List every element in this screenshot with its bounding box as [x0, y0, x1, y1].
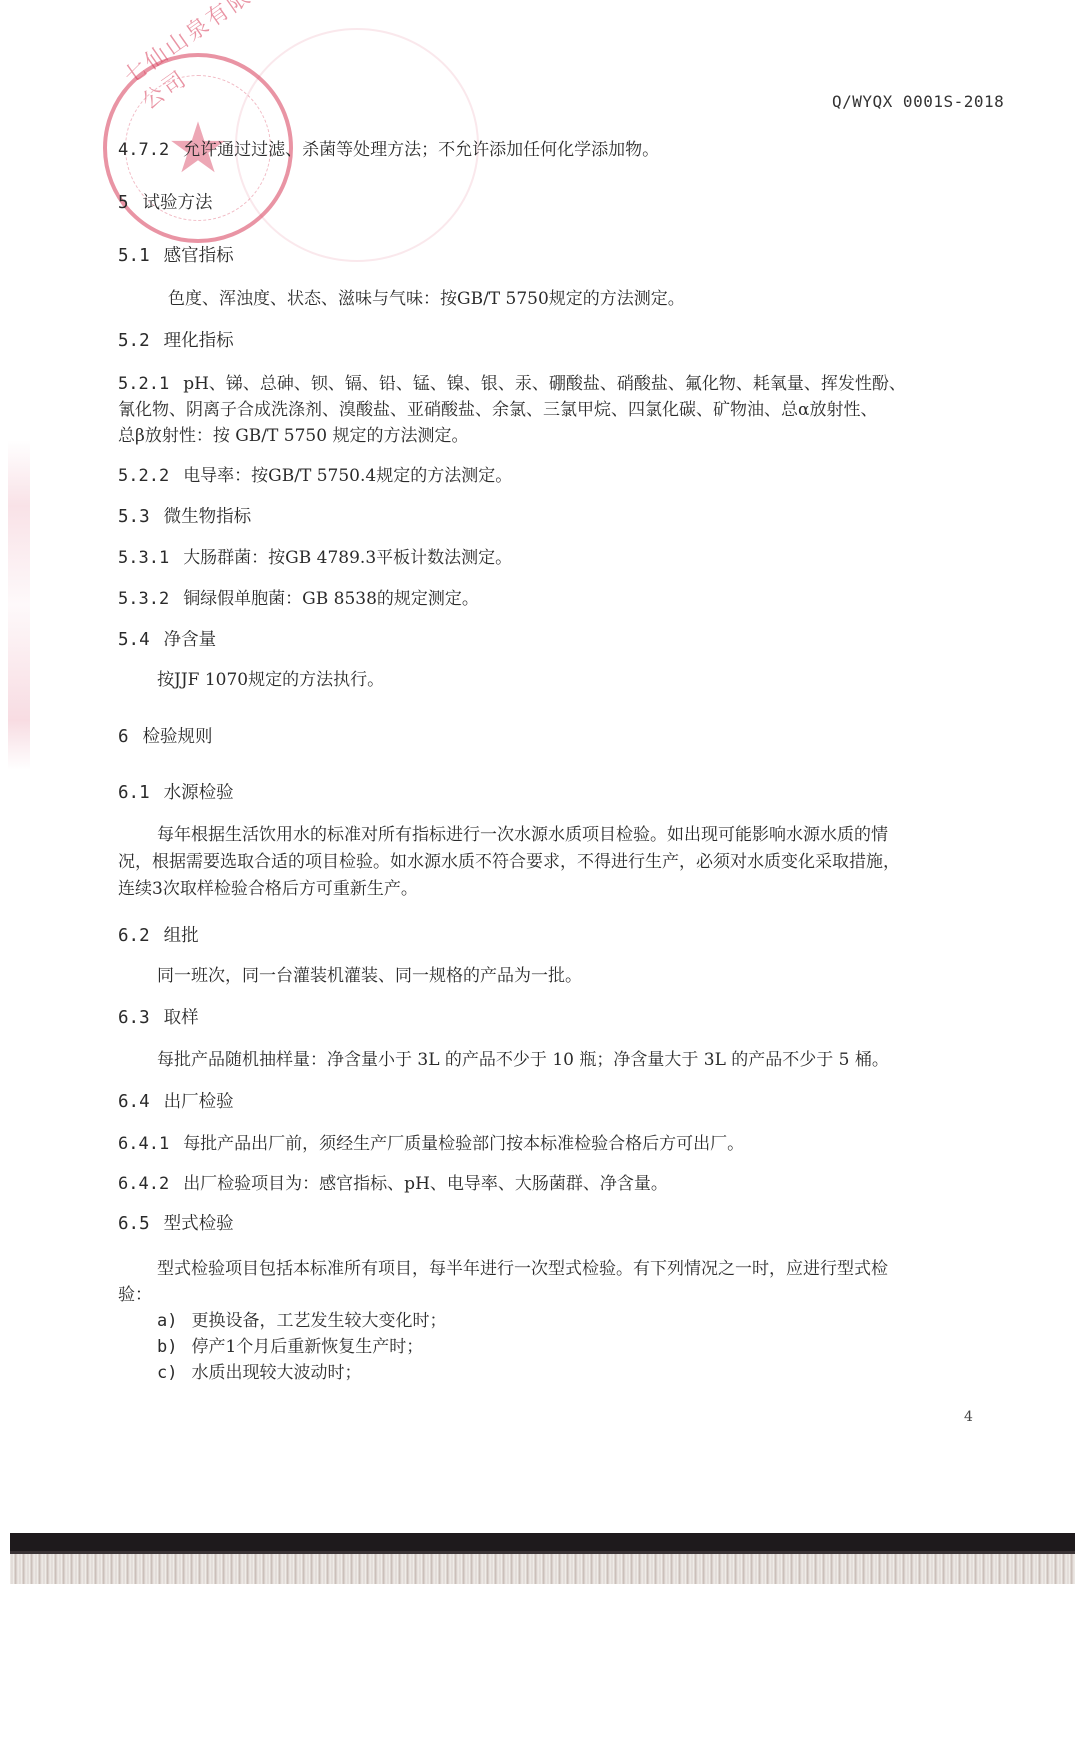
list-item-a: a)更换设备，工艺发生较大变化时； — [157, 1308, 446, 1334]
clause-number: 4.7.2 — [118, 140, 169, 160]
section-title: 型式检验 — [164, 1214, 234, 1234]
clause-number: 5.3.1 — [118, 548, 169, 568]
clause-text: 每批产品出厂前，须经生产厂质量检验部门按本标准检验合格后方可出厂。 — [183, 1134, 744, 1154]
seal-text: 七仙山泉有限公司 — [117, 0, 293, 116]
section-5-1-body: 色度、浑浊度、状态、滋味与气味：按GB/T 5750规定的方法测定。 — [168, 286, 685, 312]
clause-number: 6.4.1 — [118, 1134, 169, 1154]
section-6-5-body-line-1: 型式检验项目包括本标准所有项目，每半年进行一次型式检验。有下列情况之一时，应进行… — [157, 1256, 888, 1282]
section-title: 净含量 — [164, 630, 217, 650]
section-title: 试验方法 — [143, 193, 213, 213]
section-5-heading: 5试验方法 — [118, 190, 213, 216]
section-5-3-heading: 5.3微生物指标 — [118, 504, 251, 530]
section-5-4-body: 按JJF 1070规定的方法执行。 — [157, 667, 384, 693]
clause-text: 出厂检验项目为：感官指标、pH、电导率、大肠菌群、净含量。 — [183, 1174, 668, 1194]
clause-text: 允许通过过滤、杀菌等处理方法；不允许添加任何化学添加物。 — [183, 140, 659, 160]
edge-stamp-marks — [8, 440, 30, 770]
clause-5-3-2: 5.3.2铜绿假单胞菌：GB 8538的规定测定。 — [118, 586, 479, 612]
section-number: 6.2 — [118, 926, 150, 946]
section-6-heading: 6检验规则 — [118, 724, 213, 750]
list-marker: b) — [157, 1337, 177, 1357]
section-title: 水源检验 — [164, 783, 234, 803]
section-6-5-body-line-2: 验： — [118, 1282, 152, 1308]
clause-5-2-1-line-1: 5.2.1pH、锑、总砷、钡、镉、铅、锰、镍、银、汞、硼酸盐、硝酸盐、氟化物、耗… — [118, 371, 906, 397]
clause-number: 5.2.2 — [118, 466, 169, 486]
section-5-1-heading: 5.1感官指标 — [118, 243, 234, 269]
section-title: 组批 — [164, 926, 199, 946]
section-6-1-body-line-1: 每年根据生活饮用水的标准对所有指标进行一次水源水质项目检验。如出现可能影响水源水… — [157, 822, 888, 848]
section-6-2-body: 同一班次，同一台灌装机灌装、同一规格的产品为一批。 — [157, 963, 582, 989]
section-number: 5.3 — [118, 507, 150, 527]
section-title: 感官指标 — [164, 246, 234, 266]
section-5-2-heading: 5.2理化指标 — [118, 328, 234, 354]
section-6-1-heading: 6.1水源检验 — [118, 780, 234, 806]
section-number: 6.3 — [118, 1008, 150, 1028]
clause-number: 5.2.1 — [118, 374, 169, 394]
section-number: 5.1 — [118, 246, 150, 266]
section-number: 5.2 — [118, 331, 150, 351]
list-item-b: b)停产1个月后重新恢复生产时； — [157, 1334, 423, 1360]
standard-code: Q/WYQX 0001S-2018 — [832, 92, 1004, 111]
section-6-3-body: 每批产品随机抽样量：净含量小于 3L 的产品不少于 10 瓶；净含量大于 3L … — [157, 1047, 889, 1073]
clause-text: 铜绿假单胞菌：GB 8538的规定测定。 — [183, 589, 479, 609]
document-page: ★ 七仙山泉有限公司 Q/WYQX 0001S-2018 4.7.2允许通过过滤… — [0, 0, 1079, 1756]
list-item-text: 停产1个月后重新恢复生产时； — [191, 1337, 423, 1357]
section-title: 出厂检验 — [164, 1092, 234, 1112]
section-title: 理化指标 — [164, 331, 234, 351]
section-6-5-heading: 6.5型式检验 — [118, 1211, 234, 1237]
list-marker: a) — [157, 1311, 177, 1331]
section-6-1-body-line-2: 况，根据需要选取合适的项目检验。如水源水质不符合要求，不得进行生产，必须对水质变… — [118, 849, 900, 875]
clause-text: pH、锑、总砷、钡、镉、铅、锰、镍、银、汞、硼酸盐、硝酸盐、氟化物、耗氧量、挥发… — [183, 374, 906, 394]
section-title: 取样 — [164, 1008, 199, 1028]
scanner-edge-bar — [10, 1533, 1075, 1554]
clause-4-7-2: 4.7.2允许通过过滤、杀菌等处理方法；不允许添加任何化学添加物。 — [118, 137, 659, 163]
section-title: 检验规则 — [143, 727, 213, 747]
clause-5-3-1: 5.3.1大肠群菌：按GB 4789.3平板计数法测定。 — [118, 545, 512, 571]
section-number: 6 — [118, 727, 129, 747]
section-number: 6.5 — [118, 1214, 150, 1234]
section-5-4-heading: 5.4净含量 — [118, 627, 216, 653]
clause-text: 大肠群菌：按GB 4789.3平板计数法测定。 — [183, 548, 512, 568]
section-6-3-heading: 6.3取样 — [118, 1005, 199, 1031]
section-6-1-body-line-3: 连续3次取样检验合格后方可重新生产。 — [118, 876, 418, 902]
list-item-text: 更换设备，工艺发生较大变化时； — [191, 1311, 446, 1331]
section-number: 5.4 — [118, 630, 150, 650]
clause-5-2-1-line-2: 氰化物、阴离子合成洗涤剂、溴酸盐、亚硝酸盐、余氯、三氯甲烷、四氯化碳、矿物油、总… — [118, 397, 877, 423]
scanner-edge-strip — [10, 1554, 1075, 1584]
section-number: 5 — [118, 193, 129, 213]
clause-6-4-1: 6.4.1每批产品出厂前，须经生产厂质量检验部门按本标准检验合格后方可出厂。 — [118, 1131, 744, 1157]
page-number: 4 — [964, 1409, 973, 1425]
clause-5-2-2: 5.2.2电导率：按GB/T 5750.4规定的方法测定。 — [118, 463, 512, 489]
section-title: 微生物指标 — [164, 507, 252, 527]
clause-text: 电导率：按GB/T 5750.4规定的方法测定。 — [183, 466, 512, 486]
list-item-text: 水质出现较大波动时； — [191, 1363, 361, 1383]
clause-6-4-2: 6.4.2出厂检验项目为：感官指标、pH、电导率、大肠菌群、净含量。 — [118, 1171, 668, 1197]
clause-number: 5.3.2 — [118, 589, 169, 609]
clause-number: 6.4.2 — [118, 1174, 169, 1194]
clause-5-2-1-line-3: 总β放射性：按 GB/T 5750 规定的方法测定。 — [118, 423, 468, 449]
list-item-c: c)水质出现较大波动时； — [157, 1360, 361, 1386]
section-6-4-heading: 6.4出厂检验 — [118, 1089, 234, 1115]
section-number: 6.1 — [118, 783, 150, 803]
section-6-2-heading: 6.2组批 — [118, 923, 199, 949]
section-number: 6.4 — [118, 1092, 150, 1112]
list-marker: c) — [157, 1363, 177, 1383]
